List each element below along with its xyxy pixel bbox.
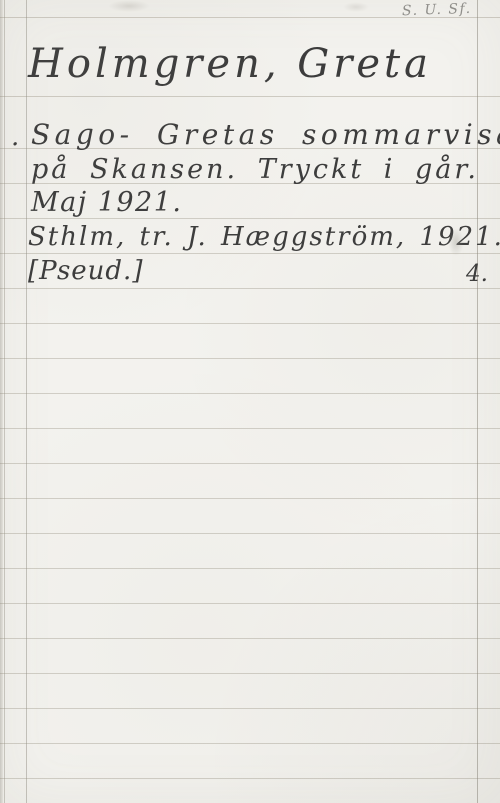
- smudge-mark: [343, 2, 369, 12]
- margin-dot: .: [11, 124, 19, 150]
- entry-line-title-continued: på Skansen. Tryckt i går.: [31, 156, 479, 183]
- left-edge-line: [4, 0, 5, 803]
- header-rule-line: [0, 96, 500, 97]
- smudge-mark: [108, 0, 150, 12]
- shelf-mark: S. U. Sf.: [402, 1, 472, 19]
- entry-line-pseudonym-note: [Pseud.]: [28, 258, 143, 284]
- card-number: 4.: [466, 263, 488, 286]
- entry-line-date: Maj 1921.: [31, 189, 183, 216]
- entry-line-imprint: Sthlm, tr. J. Hæggström, 1921.: [28, 224, 500, 250]
- author-heading: Holmgren, Greta: [28, 44, 432, 84]
- left-margin-line: [26, 0, 27, 803]
- catalog-card: S. U. Sf. Holmgren, Greta . Sago- Gretas…: [0, 0, 500, 803]
- entry-line-title: Sago- Gretas sommarvisa: [31, 121, 500, 149]
